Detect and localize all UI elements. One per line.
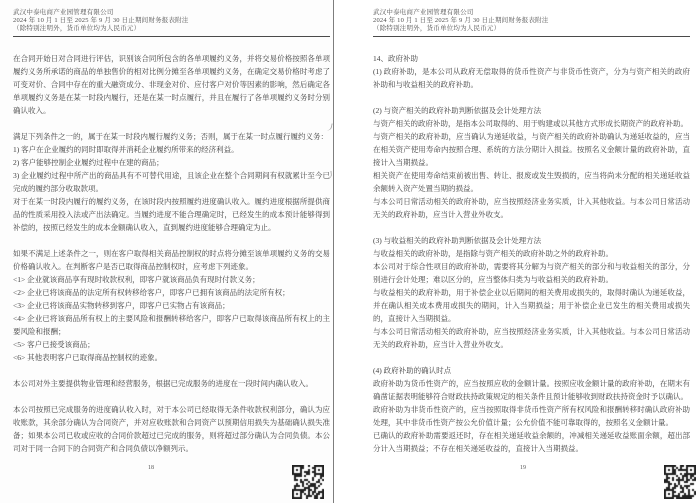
paragraph-line: 与资产相关的政府补助，是指本公司取得的、用于购建或以其他方式形成长期资产的政府补… bbox=[373, 117, 690, 130]
page-header: 武汉中泰电商产业园管理有限公司 2024 年 10 月 1 日至 2025 年 … bbox=[373, 9, 690, 37]
paragraph-line: 2) 客户能够控制企业履约过程中在建的商品； bbox=[13, 156, 330, 169]
paragraph-block: (2) 与资产相关的政府补助判断依据及会计处理方法 与资产相关的政府补助，是指本… bbox=[373, 104, 690, 221]
paragraph-line: 本公司对外主要提供物业管理和经营服务，根据已完成服务的进度在一段时间内确认收入。 bbox=[13, 377, 330, 390]
paragraph-line: 相关资产在使用寿命结束前被出售、转让、报废或发生毁损的，应当将尚未分配的相关递延… bbox=[373, 169, 690, 195]
paragraph-line: 如果不满足上述条件之一，则在客户取得相关商品控制权的时点将分摊至该单项履约义务的… bbox=[13, 247, 330, 273]
company-name: 武汉中泰电商产业园管理有限公司 bbox=[13, 9, 330, 17]
paragraph-block: 满足下列条件之一的，属于在某一时段内履行履约义务；否则，属于在某一时点履行履约义… bbox=[13, 130, 330, 234]
paragraph-line: <5> 客户已接受该商品； bbox=[13, 338, 330, 351]
paragraph-line: (2) 与资产相关的政府补助判断依据及会计处理方法 bbox=[373, 104, 690, 117]
paragraph-block: (3) 与收益相关的政府补助判断依据及会计处理方法 与收益相关的政府补助，是指除… bbox=[373, 234, 690, 351]
header-rule bbox=[13, 36, 330, 37]
left-page: 武汉中泰电商产业园管理有限公司 2024 年 10 月 1 日至 2025 年 … bbox=[0, 0, 334, 503]
paragraph-line: <2> 企业已将该商品的法定所有权转移给客户，即客户已拥有该商品的法定所有权； bbox=[13, 286, 330, 299]
company-name: 武汉中泰电商产业园管理有限公司 bbox=[373, 9, 690, 17]
paragraph-block: 本公司按照已完成服务的进度确认收入时，对于本公司已经取得无条件收款权利部分，确认… bbox=[13, 403, 330, 455]
report-period: 2024 年 10 月 1 日至 2025 年 9 月 30 日止期间财务报表附… bbox=[373, 17, 690, 25]
paragraph-line: (3) 与收益相关的政府补助判断依据及会计处理方法 bbox=[373, 234, 690, 247]
right-page: 武汉中泰电商产业园管理有限公司 2024 年 10 月 1 日至 2025 年 … bbox=[334, 0, 700, 503]
report-period: 2024 年 10 月 1 日至 2025 年 9 月 30 日止期间财务报表附… bbox=[13, 17, 330, 25]
paragraph-line: <6> 其他表明客户已取得商品控制权的迹象。 bbox=[13, 351, 330, 364]
paragraph-line: 与收益相关的政府补助，是指除与资产相关的政府补助之外的政府补助。 bbox=[373, 247, 690, 260]
paragraph-line: 与本公司日常活动相关的政府补助，应当按照经济业务实质，计入其他收益。与本公司日常… bbox=[373, 195, 690, 221]
paragraph-line: 本公司对于综合性项目的政府补助，需要将其分解为与资产相关的部分和与收益相关的部分… bbox=[373, 260, 690, 286]
paragraph-line: 与本公司日常活动相关的政府补助，应当按照经济业务实质，计入其他收益。与本公司日常… bbox=[373, 325, 690, 351]
currency-note: （除特别注明外，货币单位均为人民币元） bbox=[373, 25, 690, 33]
paragraph-line: 政府补助为非货币性资产的，应当按照取得非货币性资产所有权风险和报酬转移时确认政府… bbox=[373, 403, 690, 429]
paragraph-block: 在合同开始日对合同进行评估，识别该合同所包含的各单项履约义务，并将交易价格按照各… bbox=[13, 52, 330, 117]
paragraph-line: (4) 政府补助的确认时点 bbox=[373, 364, 690, 377]
section-title: 14、政府补助 bbox=[373, 52, 690, 65]
qr-code bbox=[664, 465, 696, 499]
paragraph-line: 与收益相关的政府补助，用于补偿企业以后期间的相关费用或损失的，取得时确认为递延收… bbox=[373, 286, 690, 325]
scan-artifact-icon bbox=[326, 123, 332, 132]
scan-artifact-icon bbox=[326, 171, 332, 180]
paragraph-line: 对于在某一时段内履行的履约义务，在该时段内按照履约进度确认收入。履约进度根据所提… bbox=[13, 195, 330, 234]
page-body: 14、政府补助 (1) 政府补助，是本公司从政府无偿取得的货币性资产与非货币性资… bbox=[373, 52, 690, 455]
paragraph-line: 满足下列条件之一的，属于在某一时段内履行履约义务；否则，属于在某一时点履行履约义… bbox=[13, 130, 330, 143]
paragraph-line: <3> 企业已将该商品实物转移到客户，即客户已实物占有该商品； bbox=[13, 299, 330, 312]
page-header: 武汉中泰电商产业园管理有限公司 2024 年 10 月 1 日至 2025 年 … bbox=[13, 9, 330, 37]
paragraph-line: 1) 客户在企业履约的同时即取得并消耗企业履约所带来的经济利益。 bbox=[13, 143, 330, 156]
paragraph-block: (4) 政府补助的确认时点 政府补助为货币性资产的，应当按照应收的金额计量。按照… bbox=[373, 364, 690, 455]
paragraph-line: 政府补助为货币性资产的，应当按照应收的金额计量。按照应收金额计量的政府补助，在期… bbox=[373, 377, 690, 403]
paragraph-block: 14、政府补助 (1) 政府补助，是本公司从政府无偿取得的货币性资产与非货币性资… bbox=[373, 52, 690, 91]
paragraph-block: 本公司对外主要提供物业管理和经营服务，根据已完成服务的进度在一段时间内确认收入。 bbox=[13, 377, 330, 390]
qr-code bbox=[292, 465, 324, 499]
paragraph-line: (1) 政府补助，是本公司从政府无偿取得的货币性资产与非货币性资产，分为与资产相… bbox=[373, 65, 690, 91]
page-number: 19 bbox=[520, 465, 526, 471]
page-number: 18 bbox=[148, 465, 154, 471]
paragraph-line: <1> 企业就该商品享有现时收款权利，即客户就该商品负有现时付款义务； bbox=[13, 273, 330, 286]
paragraph-line: 与资产相关的政府补助，应当确认为递延收益，与资产相关的政府补助确认为递延收益的，… bbox=[373, 130, 690, 169]
paragraph-line: 已确认的政府补助需要返还时，存在相关递延收益余额的，冲减相关递延收益账面余额，超… bbox=[373, 429, 690, 455]
paragraph-line: <4> 企业已将该商品所有权上的主要风险和报酬转移给客户，即客户已取得该商品所有… bbox=[13, 312, 330, 338]
paragraph-block: 如果不满足上述条件之一，则在客户取得相关商品控制权的时点将分摊至该单项履约义务的… bbox=[13, 247, 330, 364]
header-rule bbox=[373, 36, 690, 37]
currency-note: （除特别注明外，货币单位均为人民币元） bbox=[13, 25, 330, 33]
page-body: 在合同开始日对合同进行评估，识别该合同所包含的各单项履约义务，并将交易价格按照各… bbox=[13, 52, 330, 455]
paragraph-line: 3) 企业履约过程中所产出的商品具有不可替代用途，且该企业在整个合同期间有权就累… bbox=[13, 169, 330, 195]
paragraph-line: 本公司按照已完成服务的进度确认收入时，对于本公司已经取得无条件收款权利部分，确认… bbox=[13, 403, 330, 455]
paragraph-line: 在合同开始日对合同进行评估，识别该合同所包含的各单项履约义务，并将交易价格按照各… bbox=[13, 52, 330, 117]
